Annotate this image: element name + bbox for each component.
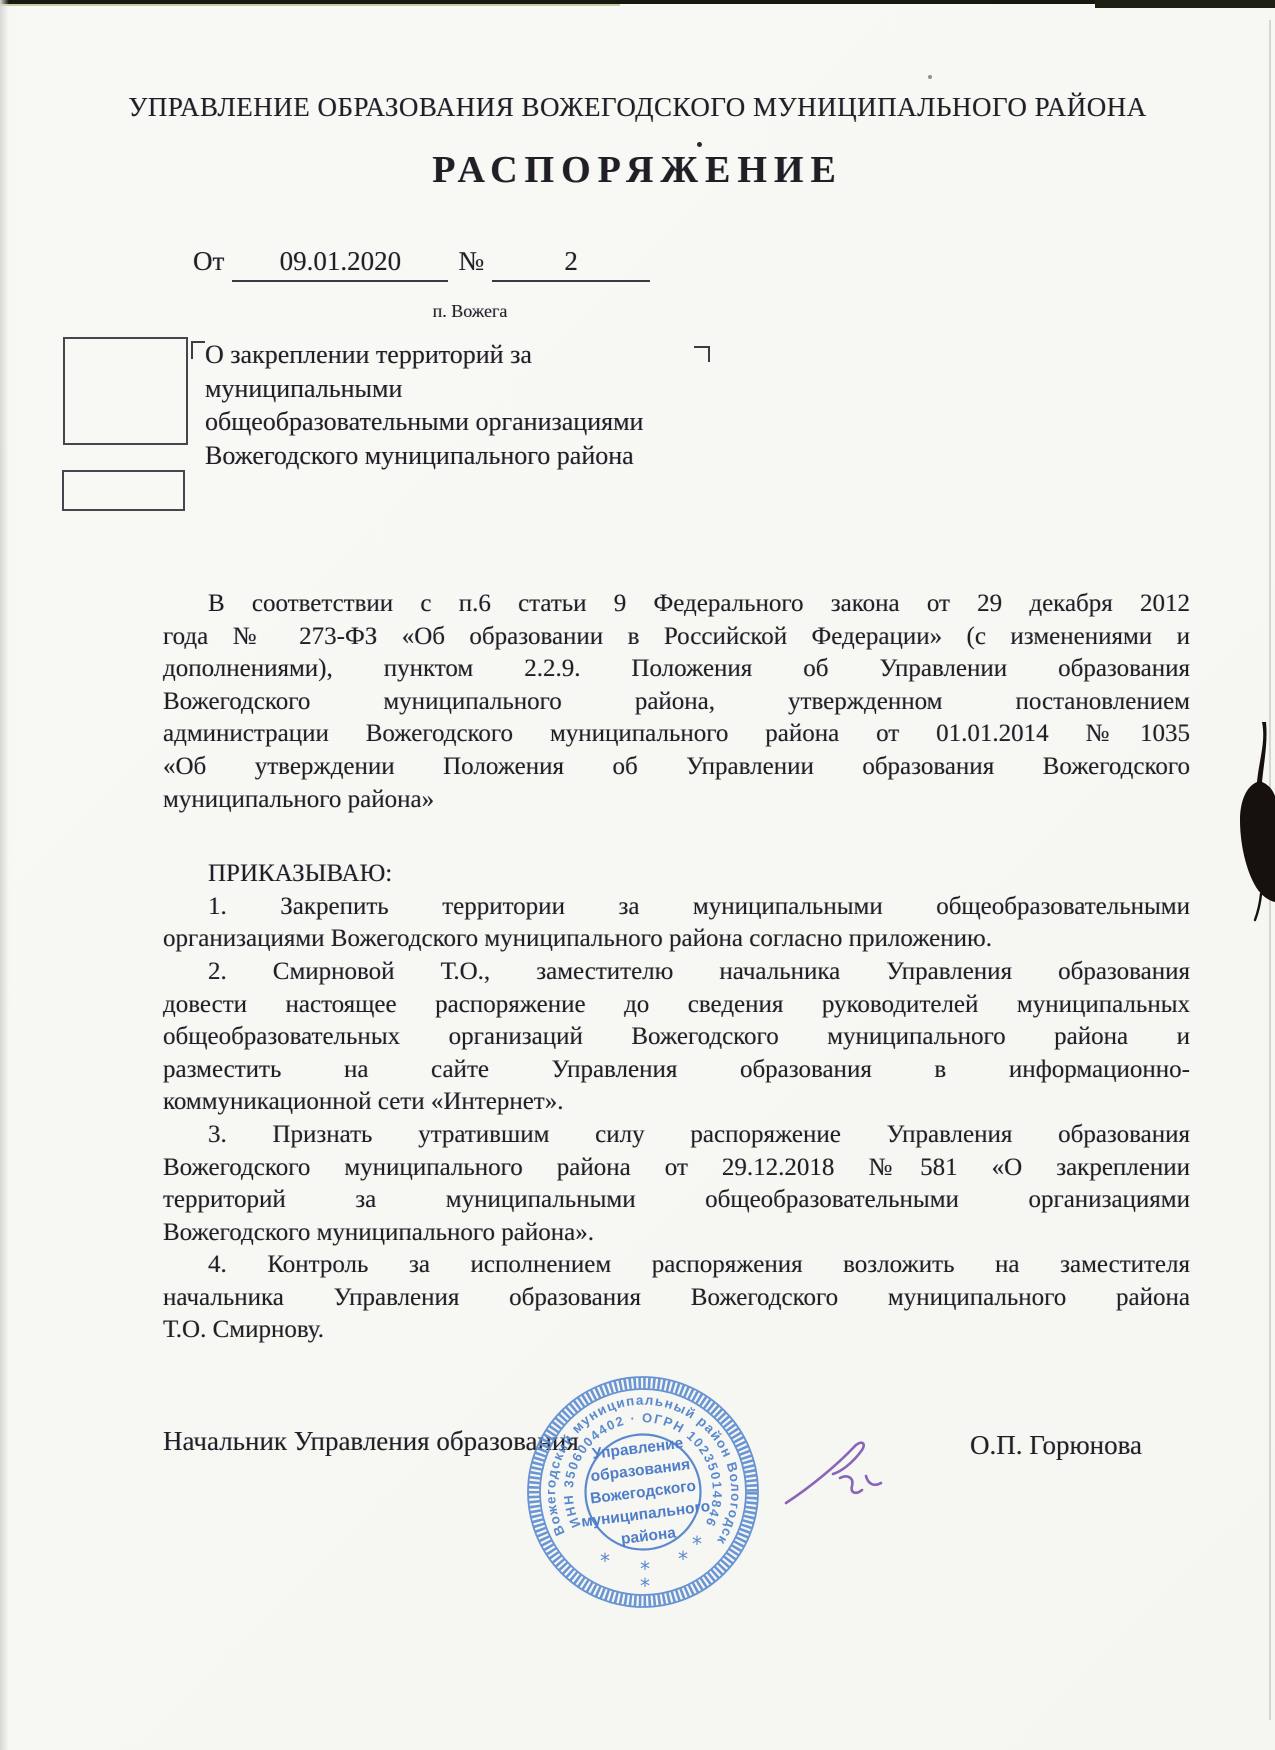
document-body: В соответствии с п.6 статьи 9 Федерально… bbox=[163, 588, 1190, 1347]
from-label: От bbox=[193, 246, 224, 277]
ink-speck bbox=[697, 142, 702, 147]
resolve-word: ПРИКАЗЫВАЮ: bbox=[163, 858, 1190, 891]
text-line: территорий за муниципальными общеобразов… bbox=[163, 1184, 1190, 1217]
subject-line: общеобразовательными организациями bbox=[205, 405, 685, 439]
organization-name: УПРАВЛЕНИЕ ОБРАЗОВАНИЯ ВОЖЕГОДСКОГО МУНИ… bbox=[0, 92, 1275, 123]
signer-position: Начальник Управления образования bbox=[163, 1426, 579, 1457]
official-stamp: Вожегодский муниципальный район Вологодс… bbox=[523, 1372, 763, 1612]
text-line: 4. Контроль за исполнением распоряжения … bbox=[163, 1249, 1190, 1282]
svg-text:*: * bbox=[678, 1547, 688, 1571]
text-line: коммуникационной сети «Интернет». bbox=[163, 1086, 1190, 1119]
text-line: администрации Вожегодского муниципальног… bbox=[163, 718, 1190, 751]
ink-blob-graphic bbox=[1235, 715, 1275, 930]
official-stamp-graphic: Вожегодский муниципальный район Вологодс… bbox=[523, 1372, 763, 1612]
text-line: довести настоящее распоряжение до сведен… bbox=[163, 989, 1190, 1022]
order-item-1: 1. Закрепить территории за муниципальным… bbox=[163, 891, 1190, 956]
text-line: дополнениями), пунктом 2.2.9. Положения … bbox=[163, 653, 1190, 686]
corner-mark-right bbox=[694, 346, 710, 362]
subject-line: Вожегодского муниципального района bbox=[205, 439, 685, 473]
text-line: начальника Управления образования Вожего… bbox=[163, 1282, 1190, 1315]
subject-block: О закреплении территорий за муниципальны… bbox=[205, 338, 685, 472]
svg-text:*: * bbox=[600, 1549, 610, 1573]
subject-line: О закреплении территорий за bbox=[205, 338, 685, 372]
text-line: разместить на сайте Управления образован… bbox=[163, 1054, 1190, 1087]
svg-text:*: * bbox=[640, 1574, 650, 1598]
document-page: УПРАВЛЕНИЕ ОБРАЗОВАНИЯ ВОЖЕГОДСКОГО МУНИ… bbox=[0, 0, 1275, 1750]
scan-top-edge-right-artifact bbox=[1095, 0, 1275, 8]
corner-mark-left bbox=[191, 341, 205, 359]
intro-paragraph: В соответствии с п.6 статьи 9 Федерально… bbox=[163, 588, 1190, 816]
text-line: общеобразовательных организаций Вожегодс… bbox=[163, 1021, 1190, 1054]
blank-stamp-box-large bbox=[63, 337, 188, 445]
blank-stamp-box-small bbox=[62, 470, 185, 511]
text-line: «Об утверждении Положения об Управлении … bbox=[163, 751, 1190, 784]
scan-left-edge-shadow bbox=[0, 0, 9, 1750]
order-item-3: 3. Признать утратившим силу распоряжение… bbox=[163, 1119, 1190, 1249]
date-field: 09.01.2020 bbox=[232, 246, 448, 282]
number-label: № bbox=[458, 246, 484, 280]
signer-name: О.П. Горюнова bbox=[970, 1430, 1142, 1461]
ink-speck bbox=[928, 75, 932, 79]
scan-top-green-artifact bbox=[0, 4, 620, 6]
text-line: В соответствии с п.6 статьи 9 Федерально… bbox=[163, 588, 1190, 621]
place-label: п. Вожега bbox=[420, 301, 520, 322]
ink-blob-artifact bbox=[1235, 715, 1275, 930]
svg-text:*: * bbox=[692, 1532, 702, 1556]
handwritten-signature-graphic bbox=[770, 1424, 900, 1519]
text-line: муниципального района» bbox=[163, 784, 1190, 817]
text-line: 1. Закрепить территории за муниципальным… bbox=[163, 891, 1190, 924]
text-line: Вожегодского муниципального района, утве… bbox=[163, 686, 1190, 719]
text-line: Вожегодского муниципального района от 29… bbox=[163, 1152, 1190, 1185]
text-line: года № 273-ФЗ «Об образовании в Российск… bbox=[163, 621, 1190, 654]
document-type-title: РАСПОРЯЖЕНИЕ bbox=[0, 148, 1275, 192]
text-line: 3. Признать утратившим силу распоряжение… bbox=[163, 1119, 1190, 1152]
order-item-4: 4. Контроль за исполнением распоряжения … bbox=[163, 1249, 1190, 1347]
number-field: 2 bbox=[492, 246, 650, 282]
subject-line: муниципальными bbox=[205, 372, 685, 406]
order-item-2: 2. Смирновой Т.О., заместителю начальник… bbox=[163, 956, 1190, 1119]
text-line: Т.О. Смирнову. bbox=[163, 1314, 1190, 1347]
handwritten-signature bbox=[770, 1424, 900, 1519]
text-line: 2. Смирновой Т.О., заместителю начальник… bbox=[163, 956, 1190, 989]
text-line: Вожегодского муниципального района». bbox=[163, 1217, 1190, 1250]
text-line: организациями Вожегодского муниципальног… bbox=[163, 923, 1190, 956]
date-number-line: От 09.01.2020 № 2 bbox=[193, 246, 650, 282]
